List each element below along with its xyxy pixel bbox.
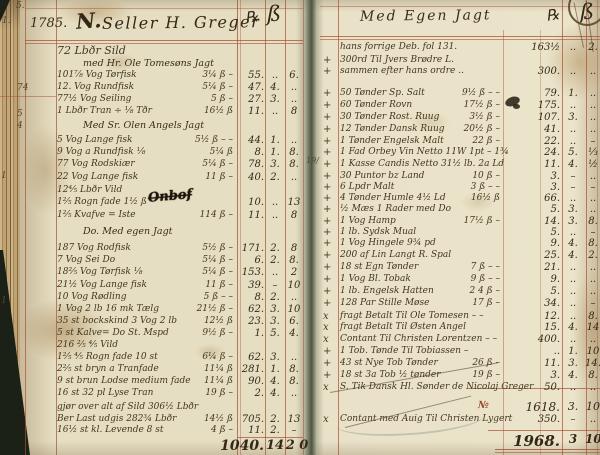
margin-note: 1	[1, 171, 7, 181]
ledger-book-photo: 1785. N. Seller H. Greger Med Egen Jagt …	[0, 0, 600, 455]
margin-note: 1	[1, 296, 7, 306]
margin-note: 4	[17, 121, 23, 131]
margin-notes: 5.1.74541119/Onbof	[0, 0, 600, 455]
margin-note: 5.	[16, 1, 25, 11]
margin-note: 5	[17, 109, 23, 119]
margin-note: 1.	[2, 16, 11, 26]
margin-note: 19/	[306, 156, 319, 165]
margin-note: Onbof	[147, 187, 192, 206]
ink-blot	[513, 104, 520, 109]
margin-note: 74	[17, 83, 28, 93]
